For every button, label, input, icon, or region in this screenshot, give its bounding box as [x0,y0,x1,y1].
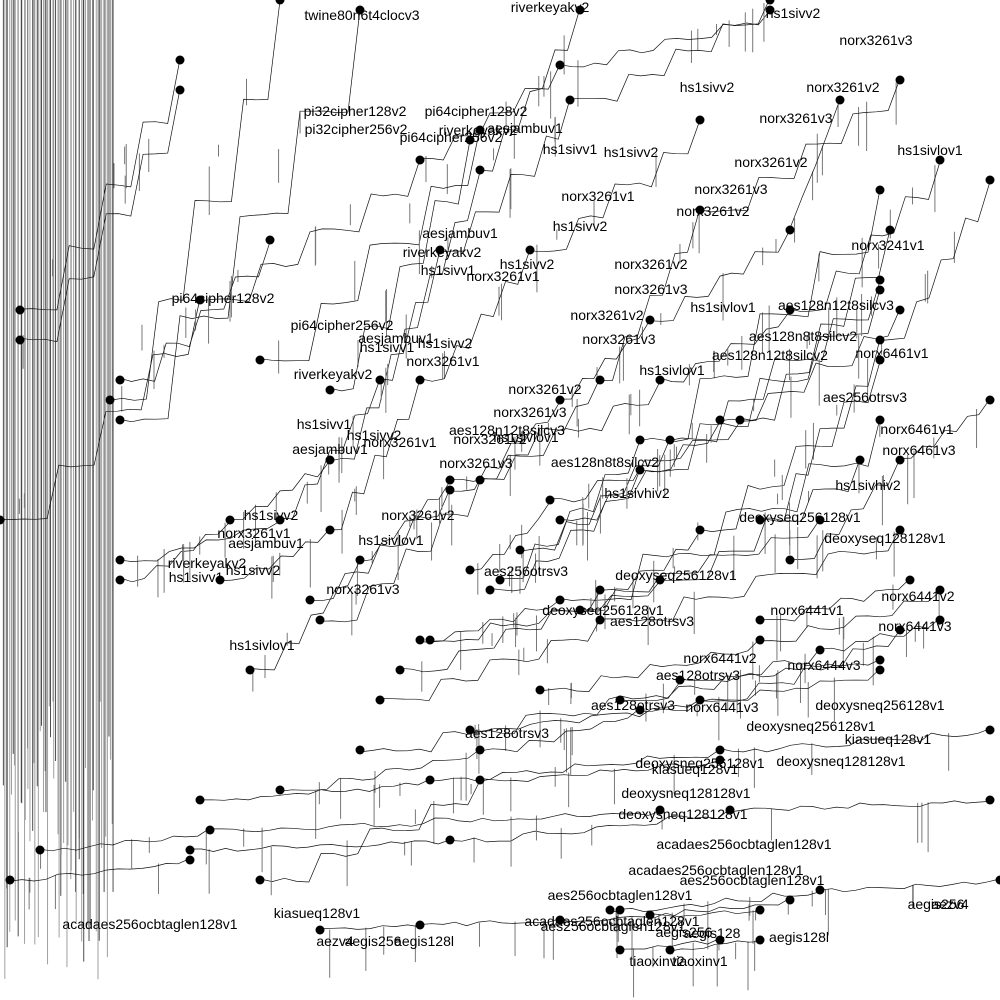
series-label: hs1sivv2 [680,79,735,95]
series-line [40,811,660,851]
series-marker [416,636,425,645]
series-line [120,8,580,562]
series-marker [616,946,625,955]
series-label: norx3261v3 [759,110,832,126]
series-label: riverkeyakv2 [294,366,373,382]
series-label: norx3261v1 [561,188,634,204]
series-marker [756,936,765,945]
series-label: pi32cipher128v2 [304,103,407,119]
series-label: aes256ocbtaglen128v1 [680,872,825,888]
series-marker [906,576,915,585]
series-label: norx3261v3 [326,581,399,597]
series-marker [446,486,455,495]
series-marker [116,416,125,425]
series-marker [416,156,425,165]
series-marker [116,556,125,565]
series-marker [856,456,865,465]
series-marker [556,61,565,70]
series-marker [186,856,195,865]
series-line [400,519,820,672]
series-marker [6,876,15,885]
series-label: deoxysneq128128v1 [621,785,750,801]
series-marker [816,646,825,655]
series-label: aes128otrsv3 [465,725,549,741]
series-marker [986,176,995,185]
series-label: aegis128l [769,929,829,945]
series-marker [886,226,895,235]
series-marker [416,921,425,930]
series-marker [176,86,185,95]
series-marker [446,836,455,845]
series-label: deoxysneq256128v1 [815,697,944,713]
series-marker [596,586,605,595]
series-label: norx3261v2 [508,381,581,397]
series-label: norx3261v2 [381,507,454,523]
series-marker [106,396,115,405]
series-marker [416,376,425,385]
series-label: norx3261v1 [406,353,479,369]
series-label: hs1sivlov1 [690,299,756,315]
series-label: norx3261v3 [694,181,767,197]
series-label: pi64cipher128v2 [425,103,528,119]
series-marker [636,436,645,445]
series-label: norx3261v1 [466,268,539,284]
series-marker [376,376,385,385]
series-marker [986,796,995,805]
series-label: aes128n12t8silcv3 [778,297,894,313]
series-marker [876,276,885,285]
series-label: aesjambuv1 [228,535,304,551]
series-label: riverkeyakv2 [403,244,482,260]
series-label: riverkeyakv2 [439,122,518,138]
series-marker [756,906,765,915]
series-marker [476,776,485,785]
series-label: aes128n8t8silcv2 [551,454,659,470]
series-label: norx6444v3 [787,657,860,673]
series-label: norx3241v1 [851,237,924,253]
series-label: norx3261v1 [363,434,436,450]
series-labels: hs1sivv2riverkeyakv2twine80n6t4clocv3nor… [62,0,968,969]
series-marker [486,586,495,595]
series-marker [206,826,215,835]
series-marker [756,616,765,625]
series-label: hs1sivhiv2 [604,485,670,501]
series-label: aesjambuv1 [422,225,498,241]
series-marker [396,666,405,675]
series-marker [176,56,185,65]
series-label: aes128otrsv3 [610,613,694,629]
series-marker [246,666,255,675]
series-label: kiasueq128v1 [274,905,361,921]
series-marker [996,876,1000,885]
series-label: norx6461v1 [880,421,953,437]
series-marker [536,686,545,695]
series-line [10,859,190,882]
series-label: pi64cipher128v2 [172,290,275,306]
series-label: aezv4 [931,896,969,912]
series-marker [16,336,25,345]
series-marker [36,846,45,855]
series-marker [516,546,525,555]
series-label: deoxysneq128128v1 [776,753,905,769]
series-label: riverkeyakv2 [511,0,590,15]
series-marker [546,496,555,505]
series-marker [426,776,435,785]
series-marker [876,336,885,345]
series-label: norx3261v2 [806,79,879,95]
series-label: acadaes256ocbtaglen128v1 [62,916,237,932]
series-label: pi32cipher256v2 [305,121,408,137]
series-line [190,801,990,852]
series-marker [986,396,995,405]
series-label: norx3261v2 [570,307,643,323]
series-marker [766,0,775,5]
series-lines [0,0,1000,997]
series-marker [876,656,885,665]
series-label: acadaes256ocbtaglen128v1 [656,836,831,852]
series-marker [326,526,335,535]
series-marker [666,436,675,445]
series-label: norx3261v3 [493,404,566,420]
series-label: hs1sivv1 [543,141,598,157]
series-label: deoxyseq128128v1 [824,530,946,546]
series-label: norx6441v1 [770,602,843,618]
series-marker [266,236,275,245]
series-label: hs1sivlov1 [639,362,705,378]
series-marker [466,566,475,575]
series-label: norx3261v3 [439,455,512,471]
series-marker [696,116,705,125]
series-marker [116,576,125,585]
series-marker [786,556,795,565]
series-label: norx6461v3 [882,442,955,458]
series-marker [476,746,485,755]
series-marker [256,356,265,365]
series-label: hs1sivv2 [766,5,821,21]
series-line [120,242,270,382]
series-label: aes128n12t8silcv3 [449,422,565,438]
series-line [670,941,760,951]
series-marker [426,636,435,645]
series-marker [756,636,765,645]
series-marker [356,746,365,755]
series-marker [786,896,795,905]
series-marker [716,746,725,755]
series-marker [0,516,5,525]
series-marker [256,876,265,885]
series-marker [196,796,205,805]
series-label: norx6441v2 [881,588,954,604]
series-label: hs1sivlov1 [897,142,963,158]
series-label: norx3261v2 [676,203,749,219]
series-marker [376,696,385,705]
series-label: deoxysneq256128v1 [635,755,764,771]
series-label: aesjambuv1 [292,441,368,457]
series-marker [446,476,455,485]
series-marker [276,0,285,5]
series-marker [526,246,535,255]
series-label: aes128otrsv3 [591,697,675,713]
series-marker [836,96,845,105]
series-marker [876,666,885,675]
series-label: aes128n8t8silcv2 [749,328,857,344]
series-label: riverkeyakv2 [168,555,247,571]
series-label: aes128n12t8silcv2 [712,347,828,363]
series-label: hs1sivlov1 [358,532,424,548]
series-label: hs1sivhiv2 [835,477,901,493]
series-line [120,9,360,421]
series-label: aes256ocbtaglen128v1 [548,887,693,903]
series-label: hs1sivlov1 [229,637,295,653]
series-label: hs1sivv1 [169,569,224,585]
series-label: deoxyseq256128v1 [739,509,861,525]
background-traces [3,0,113,979]
series-label: deoxysneq128128v1 [618,806,747,822]
series-marker [326,386,335,395]
series-label: kiasueq128v1 [845,731,932,747]
series-label: norx3261v3 [839,32,912,48]
series-label: twine80n6t4clocv3 [304,7,419,23]
series-label: norx6461v1 [855,345,928,361]
series-label: hs1sivv2 [553,218,608,234]
series-label: norx3261v3 [582,331,655,347]
series-marker [786,226,795,235]
series-label: aes256otrsv3 [484,563,568,579]
series-marker [116,376,125,385]
series-marker [876,186,885,195]
series-marker [876,286,885,295]
series-marker [476,476,485,485]
series-marker [276,786,285,795]
series-label: norx6441v2 [683,650,756,666]
series-marker [16,306,25,315]
series-marker [356,556,365,565]
series-marker [646,316,655,325]
series-label: aegis128 [684,925,741,941]
series-marker [716,416,725,425]
series-label: hs1sivv1 [297,416,352,432]
series-marker [596,376,605,385]
series-marker [186,846,195,855]
series-marker [316,616,325,625]
series-label: hs1sivv2 [244,507,299,523]
series-label: aes256otrsv3 [823,389,907,405]
series-marker [556,516,565,525]
series-marker [226,516,235,525]
series-label: hs1sivv2 [418,335,473,351]
series-label: norx3261v3 [614,281,687,297]
series-marker [896,76,905,85]
series-marker [736,416,745,425]
series-marker [566,96,575,105]
chart-plot-area: hs1sivv2riverkeyakv2twine80n6t4clocv3nor… [0,0,1000,1000]
series-label: norx3261v2 [734,154,807,170]
series-label: aes128otrsv3 [656,667,740,683]
series-label: hs1sivv2 [604,144,659,160]
series-marker [986,726,995,735]
series-marker [696,526,705,535]
series-label: aegis128l [394,933,454,949]
series-marker [306,596,315,605]
series-marker [476,166,485,175]
series-label: deoxyseq256128v1 [615,567,737,583]
series-label: norx6441v3 [878,618,951,634]
series-label: norx3261v2 [614,256,687,272]
series-label: tiaoxinv1 [672,953,727,969]
series-line [110,1,280,401]
series-label: norx6441v3 [685,699,758,715]
series-marker [896,306,905,315]
